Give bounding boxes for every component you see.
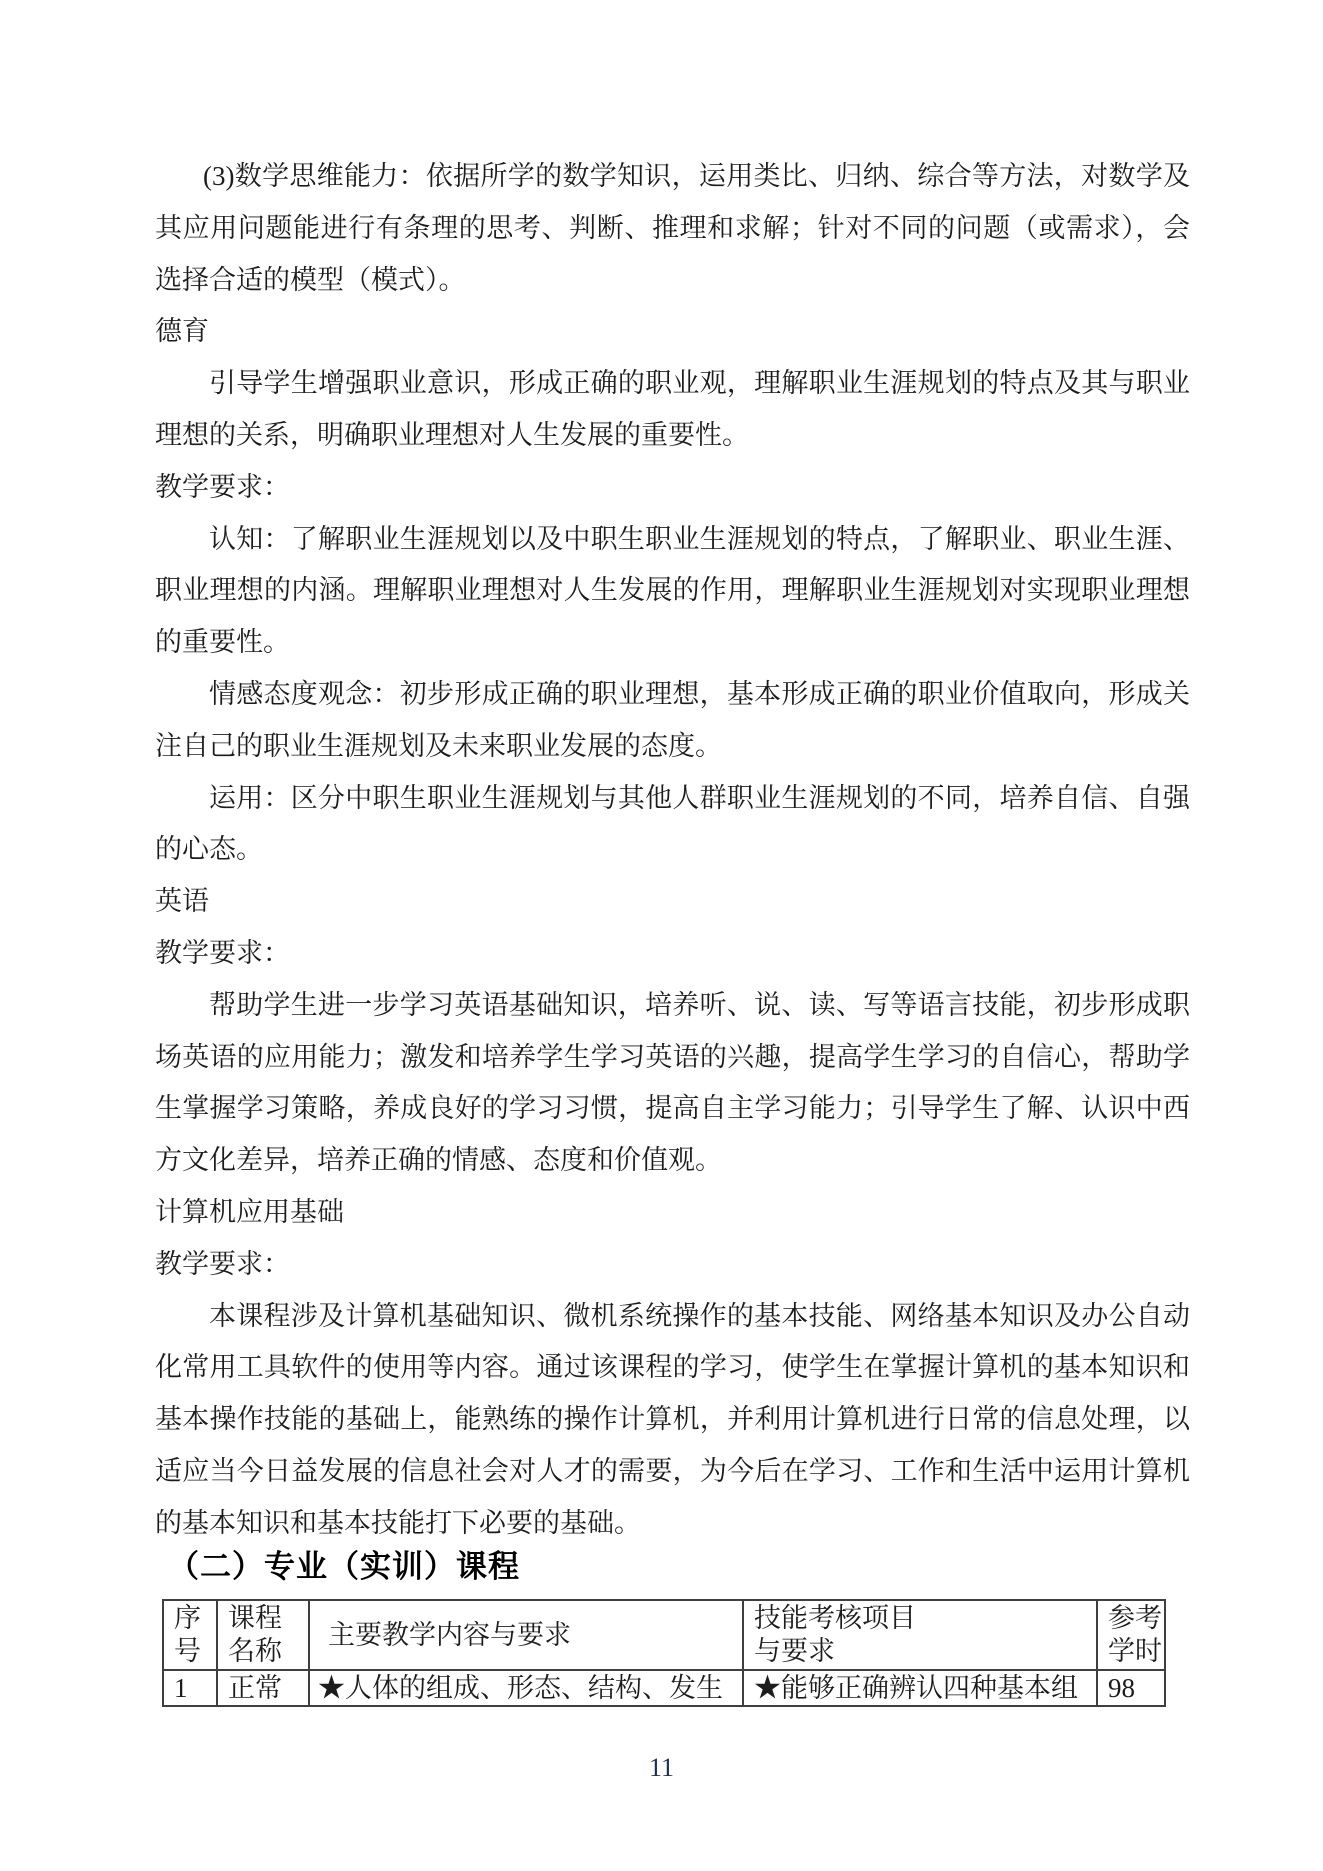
column-header-line: 号 (174, 1635, 212, 1668)
text-line: 引导学生增强职业意识，形成正确的职业观，理解职业生涯规划的特点及其与职业 (155, 358, 1190, 410)
text-line: 的心态。 (155, 824, 1190, 876)
column-header-line: 技能考核项目 (754, 1602, 1092, 1635)
table-cell: ★能够正确辨认四种基本组 (743, 1670, 1097, 1706)
text-line: 教学要求： (155, 1239, 1190, 1291)
document-page: (3)数学思维能力：依据所学的数学知识，运用类比、归纳、综合等方法，对数学及其应… (0, 0, 1323, 1871)
column-header: 课程名称 (217, 1600, 309, 1670)
text-line: 帮助学生进一步学习英语基础知识，培养听、说、读、写等语言技能，初步形成职 (155, 980, 1190, 1032)
column-header: 主要教学内容与要求 (309, 1600, 743, 1670)
section-heading: （二）专业（实训）课程 (168, 1541, 520, 1586)
column-header: 参考学时 (1097, 1600, 1165, 1670)
text-line: 化常用工具软件的使用等内容。通过该课程的学习，使学生在掌握计算机的基本知识和 (155, 1342, 1190, 1394)
column-header-line: 与要求 (754, 1635, 1092, 1668)
text-line: 选择合适的模型（模式）。 (155, 255, 1190, 307)
table-header-row: 序号课程名称主要教学内容与要求技能考核项目与要求参考学时 (163, 1600, 1165, 1670)
text-line: 方文化差异，培养正确的情感、态度和价值观。 (155, 1135, 1190, 1187)
text-line: 认知：了解职业生涯规划以及中职生职业生涯规划的特点，了解职业、职业生涯、 (155, 514, 1190, 566)
text-line: 注自己的职业生涯规划及未来职业发展的态度。 (155, 721, 1190, 773)
text-line: 生掌握学习策略，养成良好的学习习惯，提高自主学习能力；引导学生了解、认识中西 (155, 1083, 1190, 1135)
column-header: 序号 (163, 1600, 217, 1670)
column-header-line: 序 (174, 1602, 212, 1635)
text-line: 其应用问题能进行有条理的思考、判断、推理和求解；针对不同的问题（或需求），会 (155, 203, 1190, 255)
page-number: 11 (0, 1753, 1323, 1783)
text-line: 职业理想的内涵。理解职业理想对人生发展的作用，理解职业生涯规划对实现职业理想 (155, 565, 1190, 617)
text-line: 教学要求： (155, 928, 1190, 980)
text-line: 英语 (155, 876, 1190, 928)
text-line: 本课程涉及计算机基础知识、微机系统操作的基本技能、网络基本知识及办公自动 (155, 1291, 1190, 1343)
table-row: 1正常★人体的组成、形态、结构、发生★能够正确辨认四种基本组98 (163, 1670, 1165, 1706)
text-line: 教学要求： (155, 462, 1190, 514)
text-line: 运用：区分中职生职业生涯规划与其他人群职业生涯规划的不同，培养自信、自强 (155, 773, 1190, 825)
column-header: 技能考核项目与要求 (743, 1600, 1097, 1670)
text-line: 基本操作技能的基础上，能熟练的操作计算机，并利用计算机进行日常的信息处理，以 (155, 1394, 1190, 1446)
text-line: (3)数学思维能力：依据所学的数学知识，运用类比、归纳、综合等方法，对数学及 (155, 151, 1190, 203)
text-line: 适应当今日益发展的信息社会对人才的需要，为今后在学习、工作和生活中运用计算机 (155, 1446, 1190, 1498)
courses-table: 序号课程名称主要教学内容与要求技能考核项目与要求参考学时 1正常★人体的组成、形… (162, 1599, 1166, 1707)
courses-table-header: 序号课程名称主要教学内容与要求技能考核项目与要求参考学时 (163, 1600, 1165, 1670)
column-header-line: 主要教学内容与要求 (328, 1619, 738, 1652)
table-cell: 98 (1097, 1670, 1165, 1706)
table-cell: ★人体的组成、形态、结构、发生 (309, 1670, 743, 1706)
text-line: 的重要性。 (155, 617, 1190, 669)
courses-table-body: 1正常★人体的组成、形态、结构、发生★能够正确辨认四种基本组98 (163, 1670, 1165, 1706)
column-header-line: 学时 (1108, 1635, 1160, 1668)
table-cell: 1 (163, 1670, 217, 1706)
table-cell: 正常 (217, 1670, 309, 1706)
text-line: 场英语的应用能力；激发和培养学生学习英语的兴趣，提高学生学习的自信心，帮助学 (155, 1032, 1190, 1084)
column-header-line: 名称 (228, 1635, 304, 1668)
column-header-line: 课程 (228, 1602, 304, 1635)
text-line: 计算机应用基础 (155, 1187, 1190, 1239)
document-body: (3)数学思维能力：依据所学的数学知识，运用类比、归纳、综合等方法，对数学及其应… (155, 151, 1190, 1550)
text-line: 德育 (155, 306, 1190, 358)
text-line: 理想的关系，明确职业理想对人生发展的重要性。 (155, 410, 1190, 462)
text-line: 情感态度观念：初步形成正确的职业理想，基本形成正确的职业价值取向，形成关 (155, 669, 1190, 721)
column-header-line: 参考 (1108, 1602, 1160, 1635)
